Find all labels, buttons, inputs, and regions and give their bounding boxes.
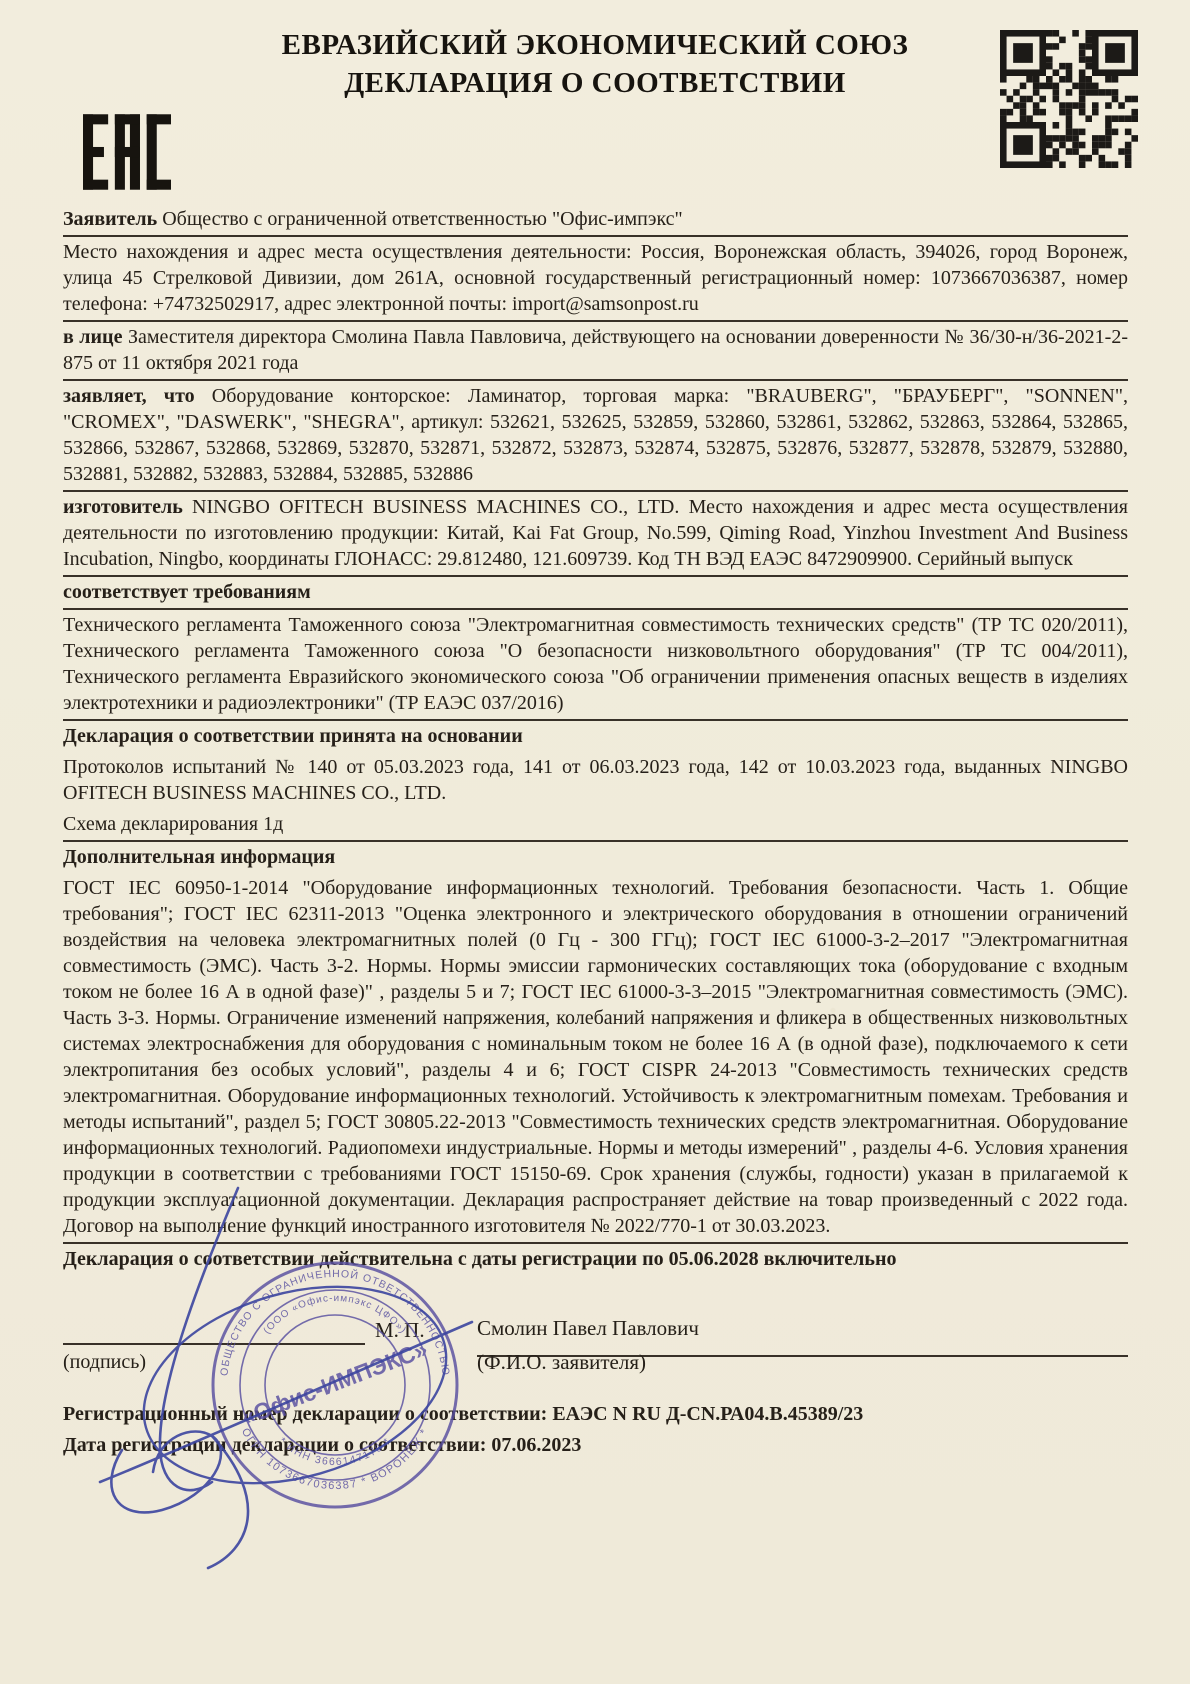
eac-logo-icon [83, 106, 171, 198]
document-title: ЕВРАЗИЙСКИЙ ЭКОНОМИЧЕСКИЙ СОЮЗ ДЕКЛАРАЦИ… [0, 26, 1190, 102]
protocols-paragraph: Протоколов испытаний № 140 от 05.03.2023… [63, 752, 1128, 809]
in-person-paragraph: в лице Заместителя директора Смолина Пав… [63, 322, 1128, 381]
manufacturer-paragraph: изготовитель NINGBO OFITECH BUSINESS MAC… [63, 492, 1128, 577]
address-paragraph: Место нахождения и адрес места осуществл… [63, 237, 1128, 322]
document-body: Заявитель Общество с ограниченной ответс… [63, 204, 1128, 1461]
additional-heading: Дополнительная информация [63, 842, 1128, 873]
additional-text: ГОСТ IEC 60950-1-2014 "Оборудование инфо… [63, 873, 1128, 1244]
manufacturer-value: NINGBO OFITECH BUSINESS MACHINES CO., LT… [63, 496, 1128, 570]
in-person-value: Заместителя директора Смолина Павла Павл… [63, 326, 1128, 374]
regulations-paragraph: Технического регламента Таможенного союз… [63, 610, 1128, 721]
complies-heading: соответствует требованиям [63, 577, 1128, 610]
declaration-document: ЕВРАЗИЙСКИЙ ЭКОНОМИЧЕСКИЙ СОЮЗ ДЕКЛАРАЦИ… [0, 0, 1190, 1684]
registration-number-line: Регистрационный номер декларации о соотв… [63, 1399, 1128, 1430]
stamp-place-label: М. П. [375, 1317, 475, 1343]
declares-label: заявляет, что [63, 385, 195, 407]
declares-value: Оборудование конторское: Ламинатор, торг… [63, 385, 1128, 485]
applicant-line: Заявитель Общество с ограниченной ответс… [63, 204, 1128, 237]
signature-line [63, 1303, 365, 1345]
title-line-2: ДЕКЛАРАЦИЯ О СООТВЕТСТВИИ [0, 64, 1190, 102]
scheme-line: Схема декларирования 1д [63, 809, 1128, 842]
validity-line: Декларация о соответствии действительна … [63, 1244, 1128, 1275]
declares-paragraph: заявляет, что Оборудование конторское: Л… [63, 381, 1128, 492]
signature-block: (подпись) М. П. Смолин Павел Павлович (Ф… [63, 1303, 1128, 1399]
in-person-label: в лице [63, 326, 122, 348]
signature-caption: (подпись) [63, 1349, 146, 1375]
basis-heading: Декларация о соответствии принята на осн… [63, 721, 1128, 752]
applicant-value: Общество с ограниченной ответственностью… [157, 208, 683, 230]
manufacturer-label: изготовитель [63, 496, 183, 518]
applicant-name-caption: (Ф.И.О. заявителя) [477, 1349, 646, 1375]
title-line-1: ЕВРАЗИЙСКИЙ ЭКОНОМИЧЕСКИЙ СОЮЗ [0, 26, 1190, 64]
applicant-label: Заявитель [63, 208, 157, 230]
registration-date-line: Дата регистрации декларации о соответств… [63, 1430, 1128, 1461]
